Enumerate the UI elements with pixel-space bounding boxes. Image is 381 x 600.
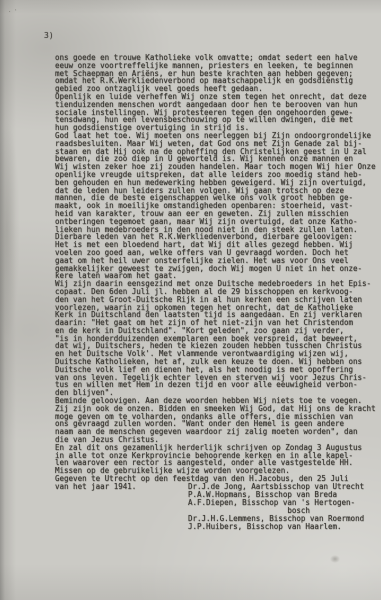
scan-stain xyxy=(330,555,340,563)
signature-block: Dr.J.de Jong, Aartsbisschop van Utrecht … xyxy=(188,483,364,532)
scan-stain xyxy=(0,120,20,340)
page-number: 3) xyxy=(44,31,54,40)
document-page: .. 3) ons goede en trouwe Katholieke vol… xyxy=(0,0,381,600)
letter-body-text: ons goede en trouwe Katholieke volk omva… xyxy=(55,54,381,491)
scan-artifact: .. xyxy=(6,4,20,15)
